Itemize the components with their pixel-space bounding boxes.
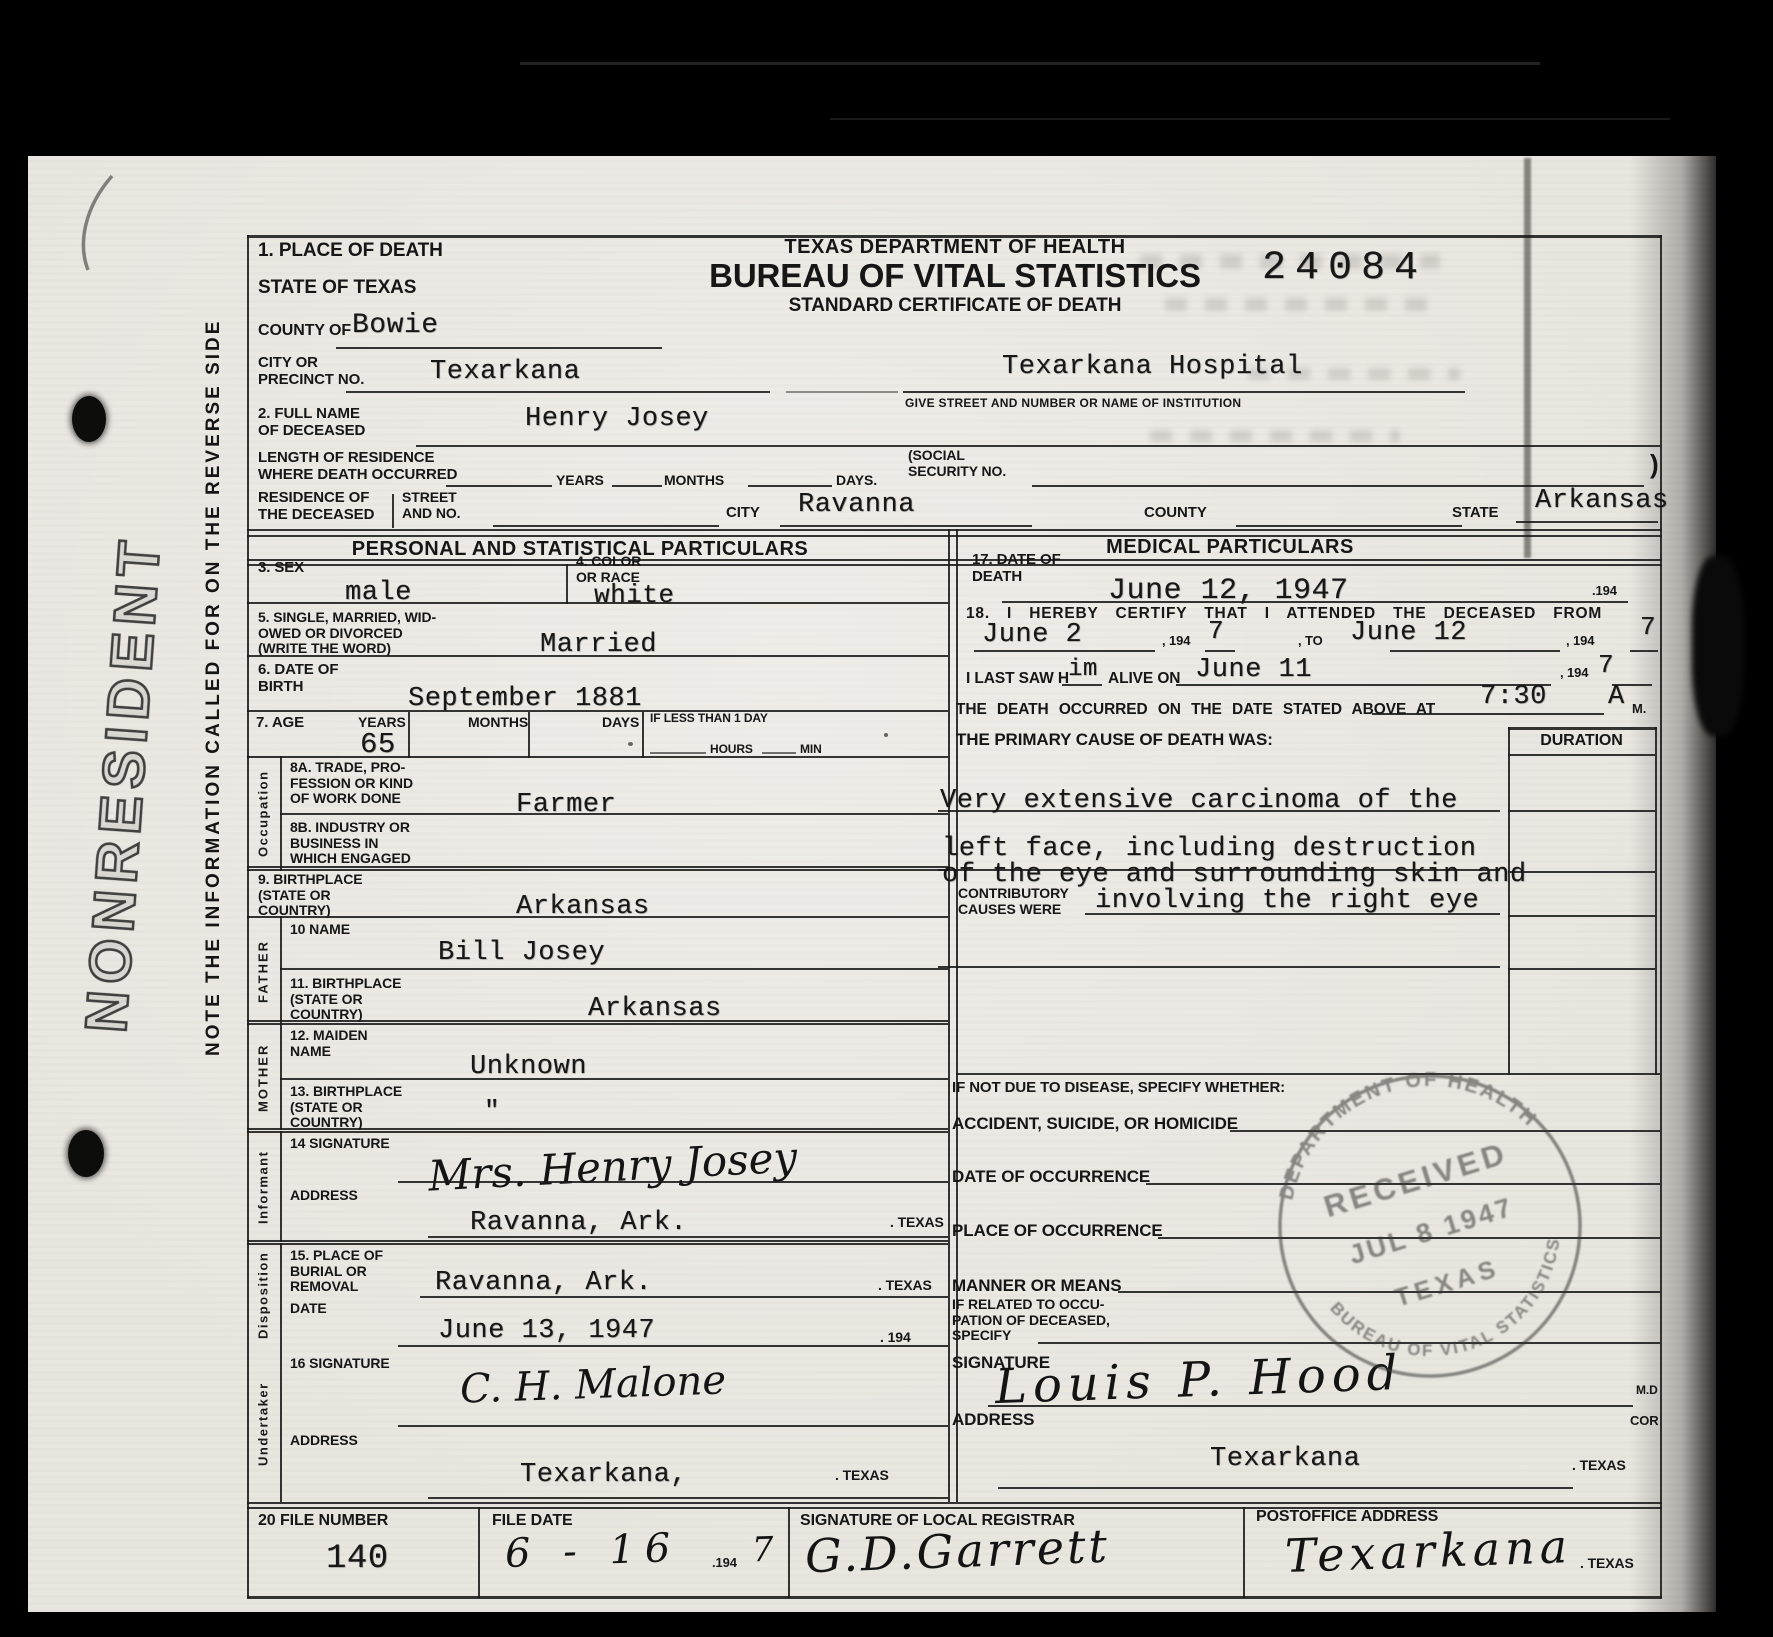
rule-line <box>612 485 662 487</box>
rule-line <box>1508 810 1655 812</box>
residence-state-label: STATE <box>1452 505 1498 522</box>
rule-line <box>1508 871 1655 873</box>
rule-line <box>1630 650 1658 652</box>
birth-date-label: 6. DATE OF BIRTH <box>258 662 338 696</box>
rule-line <box>247 1243 948 1245</box>
pen-mark <box>54 168 124 278</box>
physician-address-label: ADDRESS <box>952 1410 1034 1429</box>
father-name-label: 10 NAME <box>290 922 350 938</box>
divider-line <box>392 494 394 528</box>
rule-line <box>1062 684 1102 686</box>
scan-streak <box>520 62 1540 65</box>
residence-city-value: Ravanna <box>798 490 915 520</box>
burial-place-state: . TEXAS <box>878 1278 932 1294</box>
rule-line <box>247 602 948 604</box>
certificate-number: 24084 <box>1262 246 1427 291</box>
contributory-label: CONTRIBUTORY CAUSES WERE <box>958 886 1069 917</box>
burial-place-value: Ravanna, Ark. <box>435 1268 652 1298</box>
postoffice-value: Texarkana <box>1284 1519 1573 1583</box>
rule-line <box>446 485 552 487</box>
last-saw-year-value: 7 <box>1598 650 1614 680</box>
birthplace-label: 9. BIRTHPLACE (STATE OR COUNTRY) <box>258 872 363 919</box>
alive-on-label: ALIVE ON <box>1108 670 1180 687</box>
rule-line <box>1205 650 1235 652</box>
meridiem-label: M. <box>1632 702 1646 717</box>
rule-line <box>1085 913 1500 915</box>
received-stamp: DEPARTMENT OF HEALTH BUREAU OF VITAL STA… <box>1252 1048 1608 1404</box>
duration-label: DURATION <box>1508 732 1655 750</box>
min-label: MIN <box>800 743 822 756</box>
rule-line <box>247 655 948 657</box>
rule-line <box>903 391 1465 393</box>
rule-line <box>1372 713 1604 715</box>
rule-line <box>1508 754 1655 756</box>
rule-line <box>1390 650 1560 652</box>
undertaker-signature-label: 16 SIGNATURE <box>290 1356 390 1372</box>
to-label: , TO <box>1298 634 1323 649</box>
rule-line <box>247 529 1662 531</box>
undertaker-group-label: Undertaker <box>250 1350 276 1498</box>
father-group-label: FATHER <box>250 920 276 1022</box>
last-saw-value: June 11 <box>1195 655 1312 685</box>
rule-line <box>247 1128 948 1130</box>
informant-address-value: Ravanna, Ark. <box>470 1208 687 1238</box>
scan-blob <box>1692 556 1744 736</box>
file-date-year-value: 7 <box>751 1530 774 1571</box>
divider-line <box>280 1243 282 1347</box>
divider-line <box>788 1507 790 1598</box>
duration-box-border <box>1508 727 1657 730</box>
postoffice-state: . TEXAS <box>1580 1556 1634 1572</box>
rule-line <box>247 1023 948 1025</box>
column-divider <box>948 529 950 1502</box>
rule-line <box>247 1240 948 1242</box>
accident-label: ACCIDENT, SUICIDE, OR HOMICIDE <box>952 1114 1238 1133</box>
duration-box-border <box>1655 727 1657 1075</box>
certificate-title: STANDARD CERTIFICATE OF DEATH <box>700 295 1210 316</box>
reverse-side-note: NOTE THE INFORMATION CALLED FOR ON THE R… <box>198 210 230 1165</box>
duration-box-border <box>1508 727 1510 1075</box>
bleed-through-smudge <box>1150 430 1400 442</box>
file-number-value: 140 <box>326 1540 389 1578</box>
burial-place-label: 15. PLACE OF BURIAL OR REMOVAL <box>290 1248 383 1295</box>
stamp-state: TEXAS <box>1392 1254 1504 1312</box>
department-title: TEXAS DEPARTMENT OF HEALTH <box>700 236 1210 258</box>
burial-date-suffix: . 194 <box>880 1330 911 1346</box>
divider-line <box>642 712 644 758</box>
institution-note: GIVE STREET AND NUMBER OR NAME OF INSTIT… <box>905 397 1241 410</box>
informant-signature-label: 14 SIGNATURE <box>290 1136 390 1152</box>
contributory-value: involving the right eye <box>1095 886 1479 916</box>
cause-line-1: Very extensive carcinoma of the <box>940 786 1458 816</box>
mother-birthplace-value: " <box>484 1096 500 1126</box>
mother-birthplace-label: 13. BIRTHPLACE (STATE OR COUNTRY) <box>290 1084 402 1131</box>
residence-label: RESIDENCE OF THE DECEASED <box>258 490 374 524</box>
less-than-day-label: IF LESS THAN 1 DAY <box>650 712 768 725</box>
rule-line <box>1508 968 1655 970</box>
divider-line <box>280 1131 282 1242</box>
file-date-label: FILE DATE <box>492 1512 573 1530</box>
state-of-texas-label: STATE OF TEXAS <box>258 277 416 298</box>
attended-from-value: June 2 <box>982 620 1082 650</box>
hole-punch <box>68 1130 104 1177</box>
attended-to-value: June 12 <box>1350 618 1467 648</box>
divider-line <box>280 1347 282 1502</box>
medical-section-title: MEDICAL PARTICULARS <box>990 536 1470 558</box>
rule-line <box>398 1425 948 1427</box>
rule-line <box>1516 521 1658 523</box>
years-label: YEARS <box>556 473 604 489</box>
rule-line <box>988 1405 1633 1407</box>
file-date-value: 6 - 16 <box>504 1525 681 1577</box>
postoffice-label: POSTOFFICE ADDRESS <box>1256 1508 1438 1526</box>
ssn-paren: ) <box>1650 450 1659 479</box>
last-saw-year-prefix: , 194 <box>1560 666 1588 681</box>
divider-line <box>280 1023 282 1130</box>
rule-line <box>780 525 1032 527</box>
mother-group-label: MOTHER <box>250 1026 276 1130</box>
not-disease-label: IF NOT DUE TO DISEASE, SPECIFY WHETHER: <box>952 1080 1285 1097</box>
rule-line <box>247 1020 948 1022</box>
from-year-value: 7 <box>1208 616 1224 646</box>
death-date-label: 17. DATE OF DEATH <box>972 552 1061 586</box>
divider-line <box>528 712 530 758</box>
days-label: DAYS. <box>836 473 877 489</box>
rule-line <box>748 485 832 487</box>
undertaker-signature-value: C. H. Malone <box>459 1357 726 1412</box>
divider-line <box>1243 1507 1245 1598</box>
rule-line <box>938 966 1500 968</box>
father-name-value: Bill Josey <box>438 938 605 968</box>
place-occurrence-label: PLACE OF OCCURRENCE <box>952 1221 1163 1240</box>
death-date-suffix: .194 <box>1592 584 1617 599</box>
scanned-death-certificate: { "colors": {"paper":"#e9e6e0","ink":"#1… <box>0 0 1773 1637</box>
burial-date-value: June 13, 1947 <box>438 1316 655 1346</box>
rule-line <box>247 866 948 868</box>
trade-label: 8A. TRADE, PRO- FESSION OR KIND OF WORK … <box>290 760 413 807</box>
industry-label: 8B. INDUSTRY OR BUSINESS IN WHICH ENGAGE… <box>290 820 411 867</box>
rule-line <box>1002 601 1628 603</box>
rule-line <box>247 564 1662 566</box>
divider-line <box>566 564 568 604</box>
rule-line <box>786 391 898 393</box>
residence-length-label: LENGTH OF RESIDENCE WHERE DEATH OCCURRED <box>258 450 457 484</box>
months-label: MONTHS <box>664 473 724 489</box>
to-year-value: 7 <box>1640 612 1656 642</box>
informant-group-label: Informant <box>250 1134 276 1240</box>
disposition-group-label: Disposition <box>250 1246 276 1344</box>
speckle <box>884 733 888 737</box>
city-label: CITY OR PRECINCT NO. <box>258 355 364 389</box>
divider-line <box>478 1507 480 1598</box>
fullname-value: Henry Josey <box>525 404 709 434</box>
to-year-prefix: , 194 <box>1566 634 1594 649</box>
rule-line <box>416 445 1660 447</box>
rule-line <box>346 391 770 393</box>
rule-line <box>420 1296 948 1298</box>
speckle <box>628 742 633 746</box>
rule-line <box>493 525 719 527</box>
hours-label: HOURS <box>710 743 753 756</box>
father-birthplace-label: 11. BIRTHPLACE (STATE OR COUNTRY) <box>290 976 401 1023</box>
undertaker-address-value: Texarkana, <box>520 1460 687 1490</box>
rule-line <box>1236 525 1462 527</box>
death-occurred-label: THE DEATH OCCURRED ON THE DATE STATED AB… <box>956 701 1435 718</box>
residence-state-value: Arkansas <box>1535 486 1669 516</box>
file-date-year-prefix: .194 <box>712 1556 737 1571</box>
rule-line <box>1508 915 1655 917</box>
rule-line <box>398 1345 948 1347</box>
rule-line <box>280 968 948 970</box>
rule-line <box>998 1487 1573 1489</box>
color-race-value: white <box>594 580 675 610</box>
rule-line <box>247 710 948 712</box>
rule-line <box>280 1078 948 1080</box>
bureau-title: BUREAU OF VITAL STATISTICS <box>640 258 1270 295</box>
rule-line <box>336 347 662 349</box>
file-number-label: 20 FILE NUMBER <box>258 1512 388 1530</box>
physician-address-value: Texarkana <box>1210 1444 1360 1474</box>
from-year-prefix: , 194 <box>1162 634 1190 649</box>
informant-address-label: ADDRESS <box>290 1188 358 1204</box>
rule-line <box>762 752 796 754</box>
death-time-value: 7:30 <box>1480 682 1547 712</box>
undertaker-address-state: . TEXAS <box>835 1468 889 1484</box>
county-label: COUNTY OF <box>258 322 351 340</box>
ssn-label: (SOCIAL SECURITY NO. <box>908 448 1006 479</box>
divider-line <box>408 712 410 758</box>
marital-label: 5. SINGLE, MARRIED, WID- OWED OR DIVORCE… <box>258 610 436 657</box>
manner-means-label: MANNER OR MEANS <box>952 1276 1121 1295</box>
cor-label: COR <box>1630 1414 1659 1429</box>
physician-address-state: . TEXAS <box>1572 1458 1626 1474</box>
fullname-label: 2. FULL NAME OF DECEASED <box>258 406 365 440</box>
city-value: Texarkana <box>430 357 580 387</box>
related-occupation-label: IF RELATED TO OCCU- PATION OF DECEASED, … <box>952 1297 1110 1344</box>
md-label: M.D <box>1636 1384 1658 1397</box>
age-days-label: DAYS <box>602 715 639 731</box>
last-saw-fill: im <box>1068 656 1098 683</box>
sex-label: 3. SEX <box>258 560 304 577</box>
undertaker-address-label: ADDRESS <box>290 1433 358 1449</box>
rule-line <box>247 1131 948 1133</box>
rule-line <box>247 1502 1662 1504</box>
hole-punch <box>72 396 106 442</box>
place-of-death-label: 1. PLACE OF DEATH <box>258 240 443 261</box>
rule-line <box>428 1236 948 1238</box>
informant-address-state: . TEXAS <box>890 1215 944 1231</box>
rule-line <box>650 752 706 754</box>
form-border <box>247 1596 1662 1599</box>
maiden-name-label: 12. MAIDEN NAME <box>290 1028 368 1059</box>
rule-line <box>398 1181 948 1183</box>
death-meridiem-value: A <box>1608 682 1625 712</box>
residence-city-label: CITY <box>726 505 760 522</box>
rule-line <box>247 916 948 918</box>
rule-line <box>428 1497 948 1499</box>
rule-line <box>974 650 1155 652</box>
scan-streak <box>830 118 1670 120</box>
form-border <box>1660 235 1662 1598</box>
institution-value: Texarkana Hospital <box>1002 352 1303 382</box>
trade-value: Farmer <box>516 790 616 820</box>
residence-county-label: COUNTY <box>1144 505 1207 522</box>
age-months-label: MONTHS <box>468 715 528 731</box>
burial-date-label: DATE <box>290 1301 327 1317</box>
last-saw-label: I LAST SAW H <box>966 670 1069 687</box>
primary-cause-label: THE PRIMARY CAUSE OF DEATH WAS: <box>956 730 1273 749</box>
rule-line <box>247 1507 1662 1509</box>
rule-line <box>280 813 948 815</box>
date-occurrence-label: DATE OF OCCURRENCE <box>952 1167 1150 1186</box>
registrar-signature-value: G.D.Garrett <box>804 1519 1111 1584</box>
occupation-group-label: Occupation <box>250 760 276 868</box>
rule-line <box>247 559 1662 561</box>
county-value: Bowie <box>352 310 439 341</box>
underlying-page-edge <box>1524 158 1531 558</box>
rule-line <box>247 756 948 758</box>
street-label: STREET AND NO. <box>402 490 460 521</box>
age-label: 7. AGE <box>256 715 304 732</box>
